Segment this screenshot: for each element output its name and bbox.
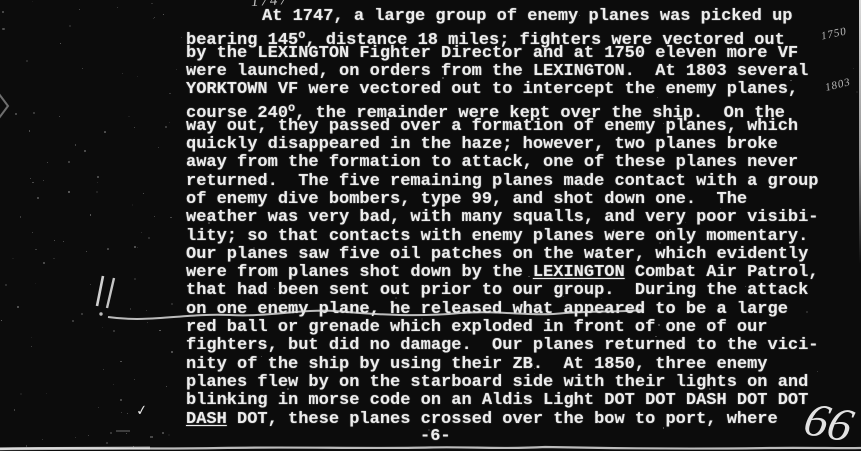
grain-speck <box>106 442 108 444</box>
scanned-page: At 1747, a large group of enemy planes w… <box>0 0 861 451</box>
grain-speck <box>113 330 115 332</box>
grain-speck <box>581 281 582 282</box>
grain-speck <box>17 306 19 308</box>
text-segment: on one enemy plane, he released what app… <box>186 300 788 319</box>
grain-speck <box>90 284 91 285</box>
grain-speck <box>5 284 6 285</box>
grain-speck <box>503 327 505 329</box>
margin-emphasis-stroke <box>107 278 114 308</box>
text-line: fighters, but did no damage. Our planes … <box>186 337 819 355</box>
grain-speck <box>104 131 106 133</box>
grain-speck <box>47 162 49 164</box>
grain-speck <box>42 439 43 440</box>
grain-speck <box>159 330 161 332</box>
grain-speck <box>176 69 177 70</box>
text-segment: lity; so that contacts with enemy planes… <box>186 227 808 246</box>
text-segment: were launched, on orders from the LEXING… <box>186 62 808 81</box>
grain-speck <box>856 91 858 93</box>
grain-speck <box>2 11 4 13</box>
grain-speck <box>97 182 98 183</box>
grain-speck <box>137 76 138 77</box>
grain-speck <box>117 7 119 9</box>
grain-speck <box>97 176 99 178</box>
text-line: on one enemy plane, he released what app… <box>186 301 819 319</box>
grain-speck <box>37 197 39 199</box>
grain-speck <box>15 113 17 115</box>
text-line: At 1747, a large group of enemy planes w… <box>186 8 819 26</box>
text-line: YORKTOWN VF were vectored out to interce… <box>186 81 819 99</box>
grain-speck <box>169 122 171 124</box>
grain-speck <box>113 384 114 385</box>
grain-speck <box>154 17 155 18</box>
text-segment: away from the formation to attack, one o… <box>186 153 798 172</box>
text-line: bearing 145o, distance 18 miles; fighter… <box>186 26 819 44</box>
grain-speck <box>110 432 112 434</box>
scan-artifact <box>116 430 130 432</box>
text-segment: planes flew by on the starboard side wit… <box>186 373 808 392</box>
grain-speck <box>134 379 135 380</box>
scan-artifact <box>150 436 153 438</box>
text-line: were from planes shot down by the LEXING… <box>186 264 819 282</box>
grain-speck <box>853 68 855 70</box>
text-segment: way out, they passed over a formation of… <box>186 117 798 136</box>
grain-speck <box>120 361 122 363</box>
grain-speck <box>181 37 182 38</box>
text-line: planes flew by on the starboard side wit… <box>186 374 819 392</box>
underlined-text: DASH <box>186 410 227 429</box>
grain-speck <box>154 216 155 217</box>
grain-speck <box>153 18 154 19</box>
text-segment: At 1747, a large group of enemy planes w… <box>262 7 793 26</box>
grain-speck <box>584 272 586 274</box>
grain-speck <box>31 346 32 347</box>
grain-speck <box>12 258 14 260</box>
grain-speck <box>132 204 133 205</box>
grain-speck <box>208 222 210 224</box>
grain-speck <box>33 112 34 113</box>
grain-speck <box>32 232 33 233</box>
grain-speck <box>126 433 128 435</box>
text-segment: by the LEXINGTON Fighter Director and at… <box>186 44 798 63</box>
grain-speck <box>53 258 55 260</box>
grain-speck <box>134 278 136 280</box>
grain-speck <box>134 246 136 248</box>
grain-speck <box>151 3 153 5</box>
grain-speck <box>437 435 439 437</box>
grain-speck <box>81 313 83 315</box>
grain-speck <box>29 130 31 132</box>
text-segment: of enemy dive bombers, type 99, and shot… <box>186 190 747 209</box>
grain-speck <box>121 412 122 413</box>
grain-speck <box>658 324 660 326</box>
grain-speck <box>158 147 160 149</box>
grain-speck <box>86 251 88 253</box>
pen-dot <box>99 312 102 315</box>
grain-speck <box>147 322 148 323</box>
grain-speck <box>82 68 83 69</box>
grain-speck <box>190 66 191 67</box>
grain-speck <box>84 150 86 152</box>
grain-speck <box>103 369 104 370</box>
grain-speck <box>30 178 31 179</box>
grain-speck <box>35 249 37 251</box>
text-segment: DOT, these planes crossed over the bow t… <box>227 410 778 429</box>
grain-speck <box>166 386 167 387</box>
grain-speck <box>72 320 74 322</box>
grain-speck <box>107 248 109 250</box>
handwritten-time-1750: 1750 <box>820 25 848 42</box>
handwritten-check-mark: ✓ <box>135 402 149 419</box>
grain-speck <box>31 337 32 338</box>
grain-speck <box>697 65 698 66</box>
grain-speck <box>287 388 289 390</box>
grain-speck <box>26 60 28 62</box>
grain-speck <box>20 393 22 395</box>
grain-speck <box>657 97 658 98</box>
text-line: course 240o, the remainder were kept ove… <box>186 99 819 117</box>
text-segment: Combat Air Patrol, <box>625 263 819 282</box>
text-segment: that had been sent out prior to our grou… <box>186 281 808 300</box>
text-line: DASH DOT, these planes crossed over the … <box>186 411 819 429</box>
grain-speck <box>96 191 98 193</box>
text-block: At 1747, a large group of enemy planes w… <box>186 8 819 429</box>
grain-speck <box>127 413 129 415</box>
grain-speck <box>59 116 60 117</box>
grain-speck <box>720 208 721 209</box>
grain-speck <box>171 303 173 305</box>
text-line: way out, they passed over a formation of… <box>186 118 819 136</box>
grain-speck <box>14 409 16 411</box>
text-line: weather was very bad, with many squalls,… <box>186 209 819 227</box>
grain-speck <box>226 398 228 400</box>
text-segment: quickly disappeared in the haze; however… <box>186 135 778 154</box>
grain-speck <box>54 240 55 241</box>
handwritten-time-1803: 1803 <box>824 76 852 94</box>
scan-edge-bottom-bright <box>0 448 150 449</box>
grain-speck <box>43 262 45 264</box>
grain-speck <box>32 182 34 184</box>
grain-speck <box>579 15 580 16</box>
grain-speck <box>584 184 586 186</box>
grain-speck <box>68 161 70 163</box>
grain-speck <box>79 9 80 10</box>
grain-speck <box>529 110 530 111</box>
grain-speck <box>63 241 64 242</box>
text-segment: were from planes shot down by the <box>186 263 533 282</box>
grain-speck <box>75 437 77 439</box>
grain-speck <box>274 288 275 289</box>
grain-speck <box>20 216 21 217</box>
text-segment: nity of the ship by using their ZB. At 1… <box>186 355 768 374</box>
text-line: were launched, on orders from the LEXING… <box>186 63 819 81</box>
grain-speck <box>120 399 122 401</box>
underlined-text: LEXINGTON <box>533 263 625 282</box>
scan-edge-left-mark <box>0 94 8 118</box>
grain-speck <box>88 435 89 436</box>
grain-speck <box>46 393 47 394</box>
grain-speck <box>165 126 167 128</box>
grain-speck <box>137 247 138 248</box>
grain-speck <box>168 434 170 436</box>
grain-speck <box>98 407 99 408</box>
grain-speck <box>134 127 135 128</box>
grain-speck <box>663 427 664 428</box>
grain-speck <box>253 247 255 249</box>
grain-speck <box>659 242 661 244</box>
grain-speck <box>194 342 195 343</box>
text-line: blinking in morse code on an Aldis Light… <box>186 392 819 410</box>
grain-speck <box>495 348 497 350</box>
grain-speck <box>534 368 535 369</box>
text-line: returned. The five remaining planes made… <box>186 173 819 191</box>
grain-speck <box>141 232 142 233</box>
grain-speck <box>2 28 4 30</box>
grain-speck <box>143 193 144 194</box>
page-number: -6- <box>420 427 451 446</box>
grain-speck <box>32 1 33 2</box>
grain-speck <box>170 217 172 219</box>
grain-speck <box>133 446 134 447</box>
grain-speck <box>130 308 131 309</box>
text-segment: YORKTOWN VF were vectored out to interce… <box>186 80 798 99</box>
grain-speck <box>1 320 2 321</box>
text-line: of enemy dive bombers, type 99, and shot… <box>186 191 819 209</box>
text-line: quickly disappeared in the haze; however… <box>186 136 819 154</box>
text-segment: fighters, but did no damage. Our planes … <box>186 336 819 355</box>
grain-speck <box>26 445 28 447</box>
grain-speck <box>817 371 818 372</box>
grain-speck <box>68 191 69 192</box>
grain-speck <box>122 73 124 75</box>
grain-speck <box>60 43 61 44</box>
grain-speck <box>169 93 170 94</box>
grain-speck <box>69 25 71 27</box>
margin-emphasis-stroke <box>97 276 103 306</box>
grain-speck <box>43 180 44 181</box>
grain-speck <box>102 327 103 328</box>
grain-speck <box>90 214 92 216</box>
grain-speck <box>163 14 164 15</box>
text-line: nity of the ship by using their ZB. At 1… <box>186 356 819 374</box>
grain-speck <box>35 283 36 284</box>
grain-speck <box>148 237 150 239</box>
text-line: by the LEXINGTON Fighter Director and at… <box>186 45 819 63</box>
text-line: Our planes saw five oil patches on the w… <box>186 246 819 264</box>
text-segment: red ball or grenade which exploded in fr… <box>186 318 768 337</box>
grain-speck <box>171 351 173 353</box>
grain-speck <box>75 144 77 146</box>
text-segment: blinking in morse code on an Aldis Light… <box>186 391 808 410</box>
text-line: that had been sent out prior to our grou… <box>186 282 819 300</box>
grain-speck <box>128 116 130 118</box>
text-line: lity; so that contacts with enemy planes… <box>186 228 819 246</box>
scan-artifact <box>162 432 164 434</box>
scan-edge-bottom <box>0 447 861 449</box>
grain-speck <box>146 310 147 311</box>
text-segment: Our planes saw five oil patches on the w… <box>186 245 808 264</box>
grain-speck <box>415 78 416 79</box>
text-segment: returned. The five remaining planes made… <box>186 172 819 191</box>
text-line: away from the formation to attack, one o… <box>186 154 819 172</box>
text-segment: weather was very bad, with many squalls,… <box>186 208 819 227</box>
